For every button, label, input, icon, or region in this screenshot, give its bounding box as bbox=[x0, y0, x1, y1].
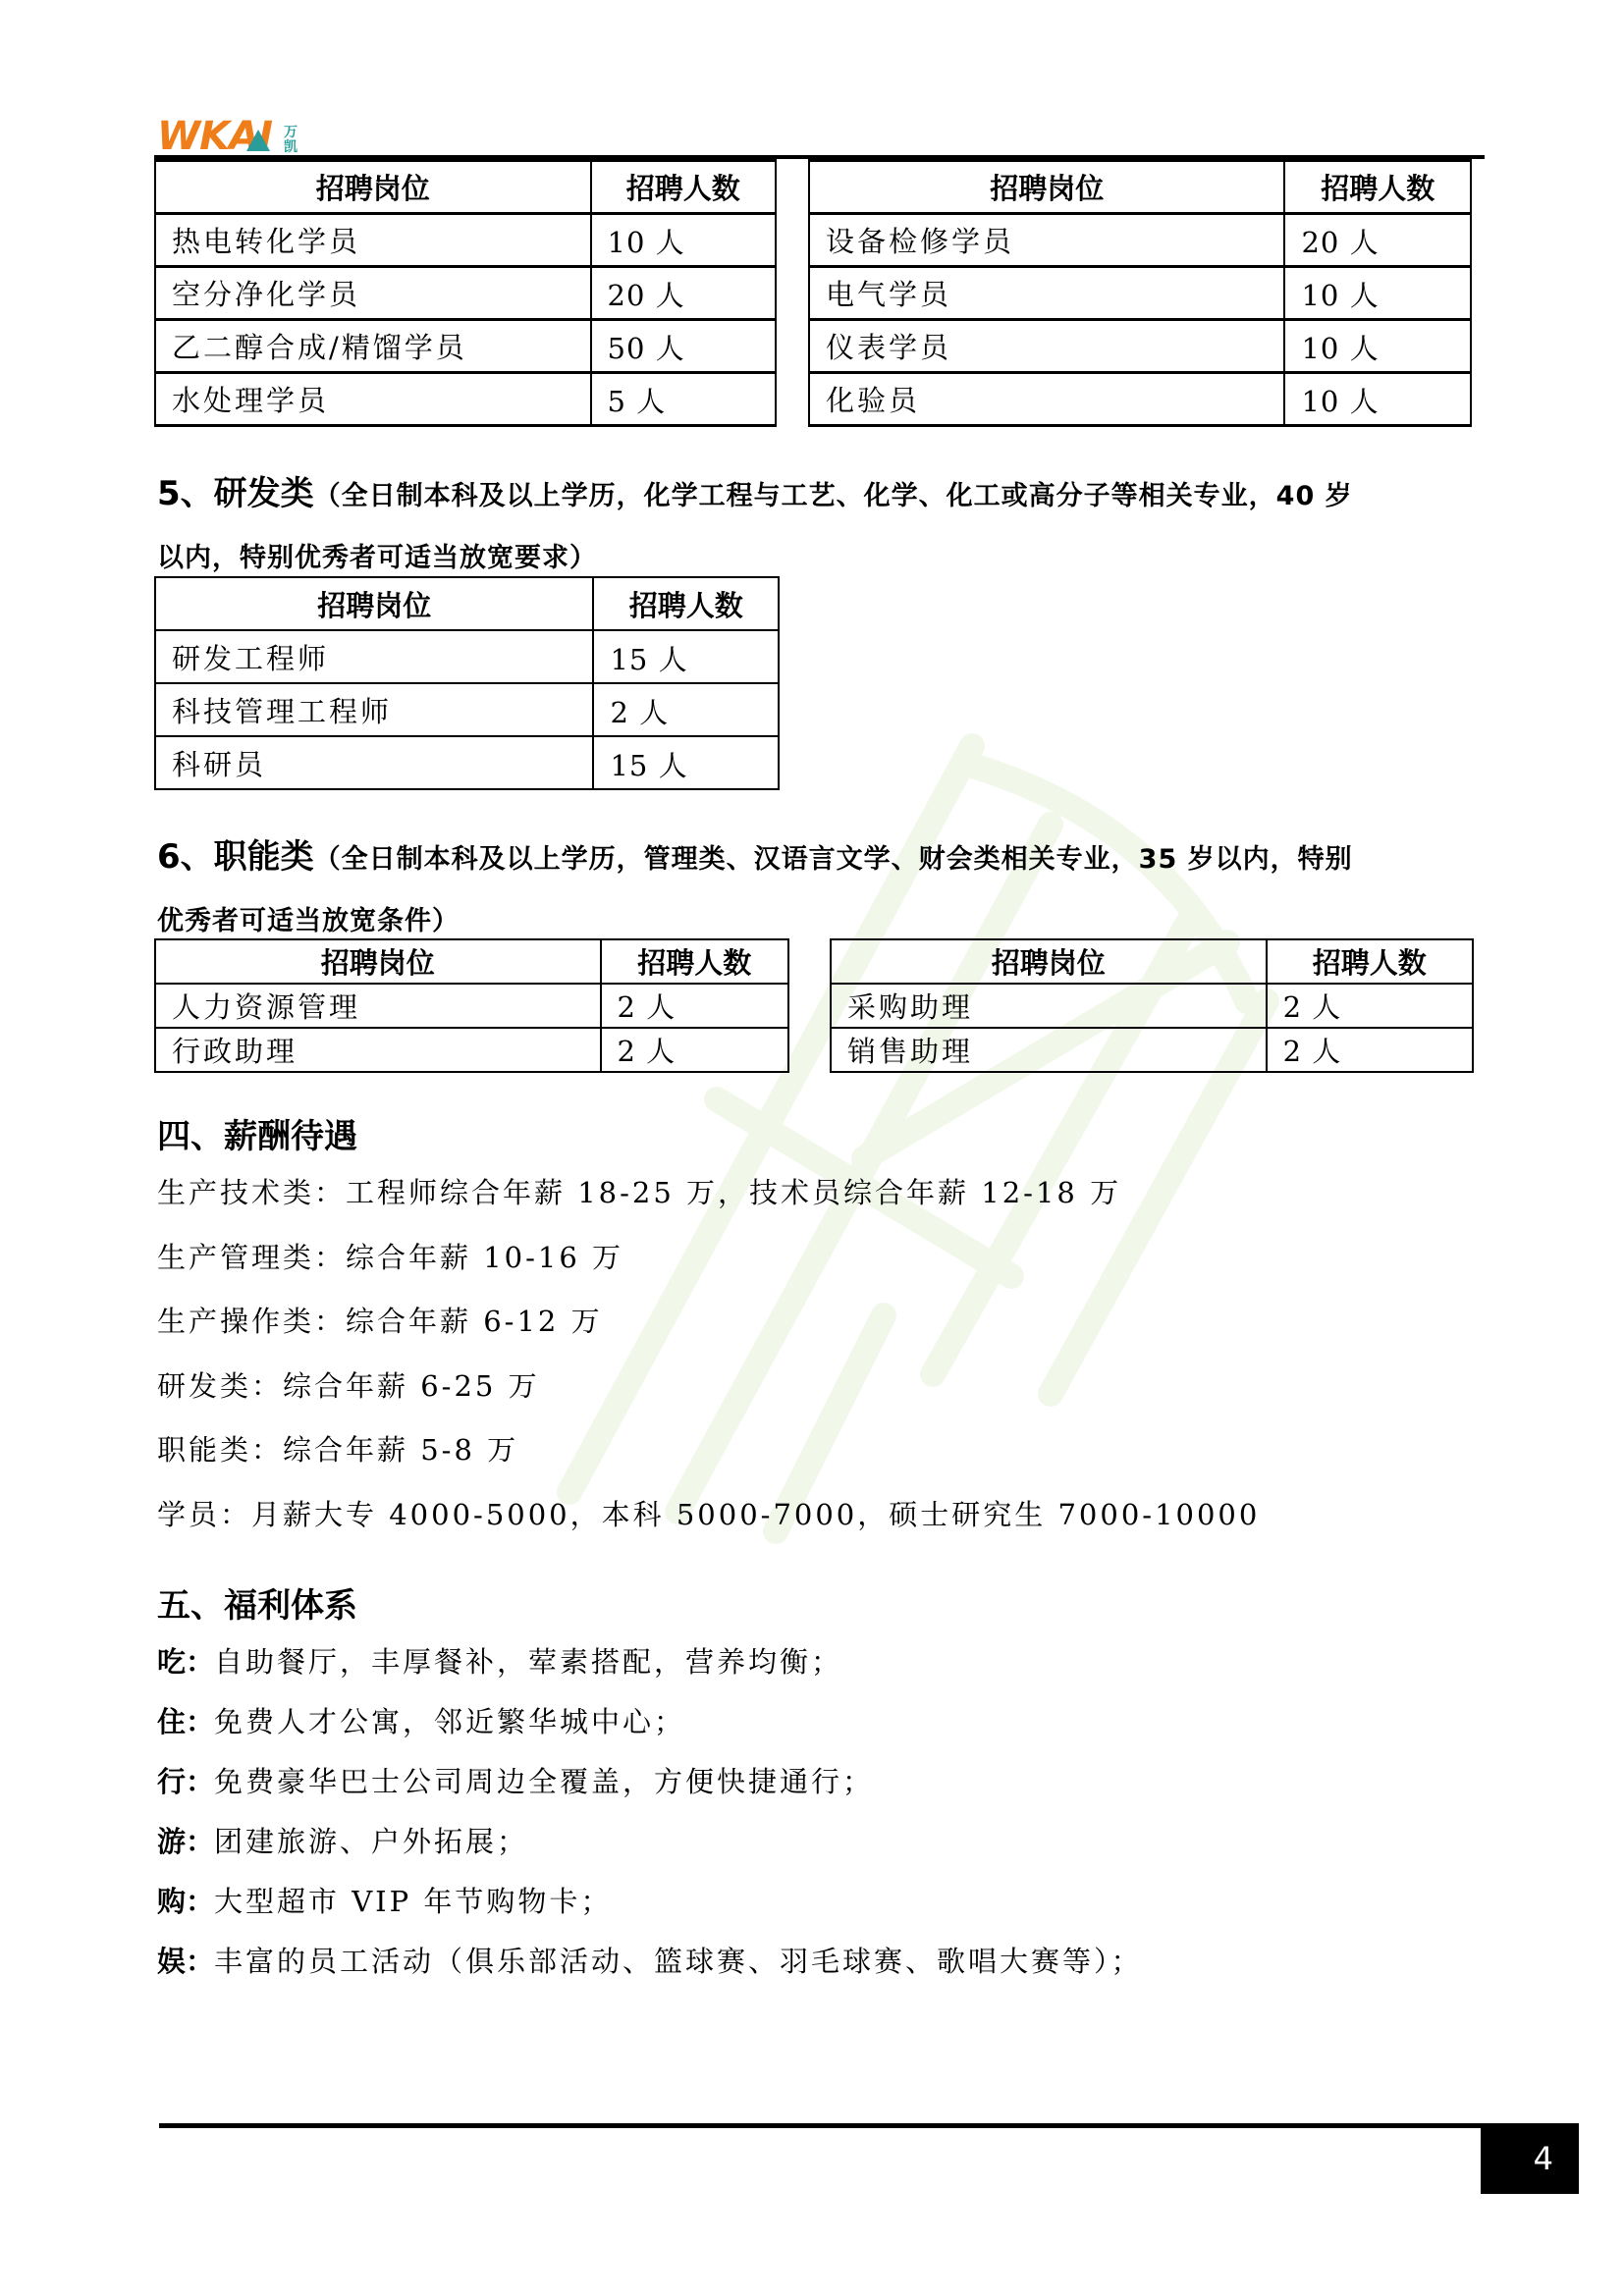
benefit-label: 娱： bbox=[157, 1945, 214, 1978]
salary-line: 生产管理类：综合年薪 10-16 万 bbox=[157, 1236, 623, 1276]
section6-heading: 6、职能类（全日制本科及以上学历，管理类、汉语言文学、财会类相关专业，35 岁以… bbox=[157, 829, 1483, 937]
header-position: 招聘岗位 bbox=[155, 161, 591, 214]
table-row: 人力资源管理 2 人 bbox=[155, 984, 788, 1028]
position-cell: 化验员 bbox=[809, 373, 1284, 426]
table-row: 热电转化学员 10 人 bbox=[155, 214, 776, 267]
position-cell: 设备检修学员 bbox=[809, 214, 1284, 267]
logo-triangle-icon bbox=[246, 130, 270, 151]
position-cell: 人力资源管理 bbox=[155, 984, 601, 1028]
company-logo: WKAI 万 凯 bbox=[157, 116, 298, 155]
benefit-text: 免费人才公寓，邻近繁华城中心； bbox=[214, 1705, 685, 1738]
table-row: 乙二醇合成/精馏学员 50 人 bbox=[155, 320, 776, 373]
count-cell: 10 人 bbox=[591, 214, 777, 267]
admin-table-left: 招聘岗位 招聘人数 人力资源管理 2 人 行政助理 2 人 bbox=[154, 938, 789, 1073]
section5-desc-line2: 以内，特别优秀者可适当放宽要求） bbox=[157, 536, 1483, 574]
logo-cn-bottom: 凯 bbox=[284, 140, 298, 155]
benefit-item: 购：大型超市 VIP 年节购物卡； bbox=[157, 1880, 612, 1920]
benefit-text: 丰富的员工活动（俱乐部活动、篮球赛、羽毛球赛、歌唱大赛等）； bbox=[214, 1945, 1143, 1978]
header-position: 招聘岗位 bbox=[809, 161, 1284, 214]
position-cell: 仪表学员 bbox=[809, 320, 1284, 373]
table-row: 研发工程师 15 人 bbox=[155, 630, 779, 683]
section5-heading: 5、研发类（全日制本科及以上学历，化学工程与工艺、化学、化工或高分子等相关专业，… bbox=[157, 466, 1483, 574]
benefits-heading: 五、福利体系 bbox=[157, 1578, 357, 1627]
table-row: 设备检修学员 20 人 bbox=[809, 214, 1471, 267]
benefit-text: 团建旅游、户外拓展； bbox=[214, 1825, 528, 1858]
rd-table: 招聘岗位 招聘人数 研发工程师 15 人 科技管理工程师 2 人 科研员 15 … bbox=[154, 576, 780, 790]
count-cell: 15 人 bbox=[593, 736, 779, 789]
count-cell: 2 人 bbox=[1267, 1028, 1473, 1072]
header-position: 招聘岗位 bbox=[831, 939, 1267, 984]
benefit-text: 免费豪华巴士公司周边全覆盖，方便快捷通行； bbox=[214, 1765, 874, 1798]
header-count: 招聘人数 bbox=[1284, 161, 1471, 214]
table-row: 电气学员 10 人 bbox=[809, 267, 1471, 320]
benefit-item: 游：团建旅游、户外拓展； bbox=[157, 1820, 528, 1860]
count-cell: 50 人 bbox=[591, 320, 777, 373]
benefit-label: 购： bbox=[157, 1885, 214, 1918]
table-row: 采购助理 2 人 bbox=[831, 984, 1473, 1028]
footer-rule bbox=[159, 2123, 1579, 2128]
count-cell: 15 人 bbox=[593, 630, 779, 683]
trainee-table-left: 招聘岗位 招聘人数 热电转化学员 10 人 空分净化学员 20 人 乙二醇合成/… bbox=[154, 159, 777, 427]
section6-desc-line1: （全日制本科及以上学历，管理类、汉语言文学、财会类相关专业，35 岁以内，特别 bbox=[314, 844, 1353, 875]
count-cell: 10 人 bbox=[1284, 320, 1471, 373]
position-cell: 行政助理 bbox=[155, 1028, 601, 1072]
position-cell: 采购助理 bbox=[831, 984, 1267, 1028]
salary-line: 生产技术类：工程师综合年薪 18-25 万，技术员综合年薪 12-18 万 bbox=[157, 1171, 1121, 1211]
count-cell: 2 人 bbox=[1267, 984, 1473, 1028]
salary-line: 学员：月薪大专 4000-5000，本科 5000-7000，硕士研究生 700… bbox=[157, 1493, 1260, 1533]
admin-table-right: 招聘岗位 招聘人数 采购助理 2 人 销售助理 2 人 bbox=[830, 938, 1474, 1073]
page-number: 4 bbox=[1534, 2140, 1553, 2177]
header-count: 招聘人数 bbox=[1267, 939, 1473, 984]
section6-title: 6、职能类 bbox=[157, 837, 314, 877]
count-cell: 5 人 bbox=[591, 373, 777, 426]
count-cell: 10 人 bbox=[1284, 267, 1471, 320]
benefit-text: 自助餐厅，丰厚餐补，荤素搭配，营养均衡； bbox=[214, 1645, 842, 1679]
section5-desc-line1: （全日制本科及以上学历，化学工程与工艺、化学、化工或高分子等相关专业，40 岁 bbox=[314, 481, 1353, 511]
table-row: 行政助理 2 人 bbox=[155, 1028, 788, 1072]
salary-heading: 四、薪酬待遇 bbox=[157, 1109, 357, 1157]
position-cell: 乙二醇合成/精馏学员 bbox=[155, 320, 591, 373]
salary-line: 职能类：综合年薪 5-8 万 bbox=[157, 1428, 518, 1468]
table-header-row: 招聘岗位 招聘人数 bbox=[155, 161, 776, 214]
header-count: 招聘人数 bbox=[601, 939, 788, 984]
table-row: 水处理学员 5 人 bbox=[155, 373, 776, 426]
benefit-item: 吃：自助餐厅，丰厚餐补，荤素搭配，营养均衡； bbox=[157, 1640, 842, 1681]
table-header-row: 招聘岗位 招聘人数 bbox=[155, 577, 779, 630]
benefit-label: 住： bbox=[157, 1705, 214, 1738]
watermark-icon bbox=[422, 687, 1306, 1571]
benefit-label: 行： bbox=[157, 1765, 214, 1798]
table-row: 销售助理 2 人 bbox=[831, 1028, 1473, 1072]
table-header-row: 招聘岗位 招聘人数 bbox=[155, 939, 788, 984]
position-cell: 空分净化学员 bbox=[155, 267, 591, 320]
benefit-item: 住：免费人才公寓，邻近繁华城中心； bbox=[157, 1700, 685, 1740]
trainee-table-right: 招聘岗位 招聘人数 设备检修学员 20 人 电气学员 10 人 仪表学员 10 … bbox=[808, 159, 1472, 427]
table-row: 仪表学员 10 人 bbox=[809, 320, 1471, 373]
header-count: 招聘人数 bbox=[593, 577, 779, 630]
count-cell: 10 人 bbox=[1284, 373, 1471, 426]
benefit-label: 游： bbox=[157, 1825, 214, 1858]
header-count: 招聘人数 bbox=[591, 161, 777, 214]
count-cell: 2 人 bbox=[593, 683, 779, 736]
table-row: 化验员 10 人 bbox=[809, 373, 1471, 426]
table-row: 空分净化学员 20 人 bbox=[155, 267, 776, 320]
position-cell: 水处理学员 bbox=[155, 373, 591, 426]
count-cell: 20 人 bbox=[1284, 214, 1471, 267]
count-cell: 2 人 bbox=[601, 1028, 788, 1072]
header-position: 招聘岗位 bbox=[155, 577, 593, 630]
position-cell: 销售助理 bbox=[831, 1028, 1267, 1072]
benefit-label: 吃： bbox=[157, 1645, 214, 1679]
position-cell: 电气学员 bbox=[809, 267, 1284, 320]
table-row: 科研员 15 人 bbox=[155, 736, 779, 789]
count-cell: 20 人 bbox=[591, 267, 777, 320]
salary-line: 生产操作类：综合年薪 6-12 万 bbox=[157, 1300, 603, 1340]
table-header-row: 招聘岗位 招聘人数 bbox=[831, 939, 1473, 984]
benefit-item: 行：免费豪华巴士公司周边全覆盖，方便快捷通行； bbox=[157, 1760, 874, 1800]
salary-line: 研发类：综合年薪 6-25 万 bbox=[157, 1364, 540, 1405]
page-number-box: 4 bbox=[1481, 2123, 1579, 2194]
section5-title: 5、研发类 bbox=[157, 474, 314, 513]
table-header-row: 招聘岗位 招聘人数 bbox=[809, 161, 1471, 214]
position-cell: 科研员 bbox=[155, 736, 593, 789]
logo-cn-top: 万 bbox=[284, 126, 298, 140]
position-cell: 热电转化学员 bbox=[155, 214, 591, 267]
position-cell: 科技管理工程师 bbox=[155, 683, 593, 736]
logo-chinese: 万 凯 bbox=[284, 126, 298, 155]
position-cell: 研发工程师 bbox=[155, 630, 593, 683]
section6-desc-line2: 优秀者可适当放宽条件） bbox=[157, 899, 1483, 937]
header-position: 招聘岗位 bbox=[155, 939, 601, 984]
benefit-text: 大型超市 VIP 年节购物卡； bbox=[214, 1885, 612, 1918]
table-row: 科技管理工程师 2 人 bbox=[155, 683, 779, 736]
count-cell: 2 人 bbox=[601, 984, 788, 1028]
benefit-item: 娱：丰富的员工活动（俱乐部活动、篮球赛、羽毛球赛、歌唱大赛等）； bbox=[157, 1940, 1143, 1980]
